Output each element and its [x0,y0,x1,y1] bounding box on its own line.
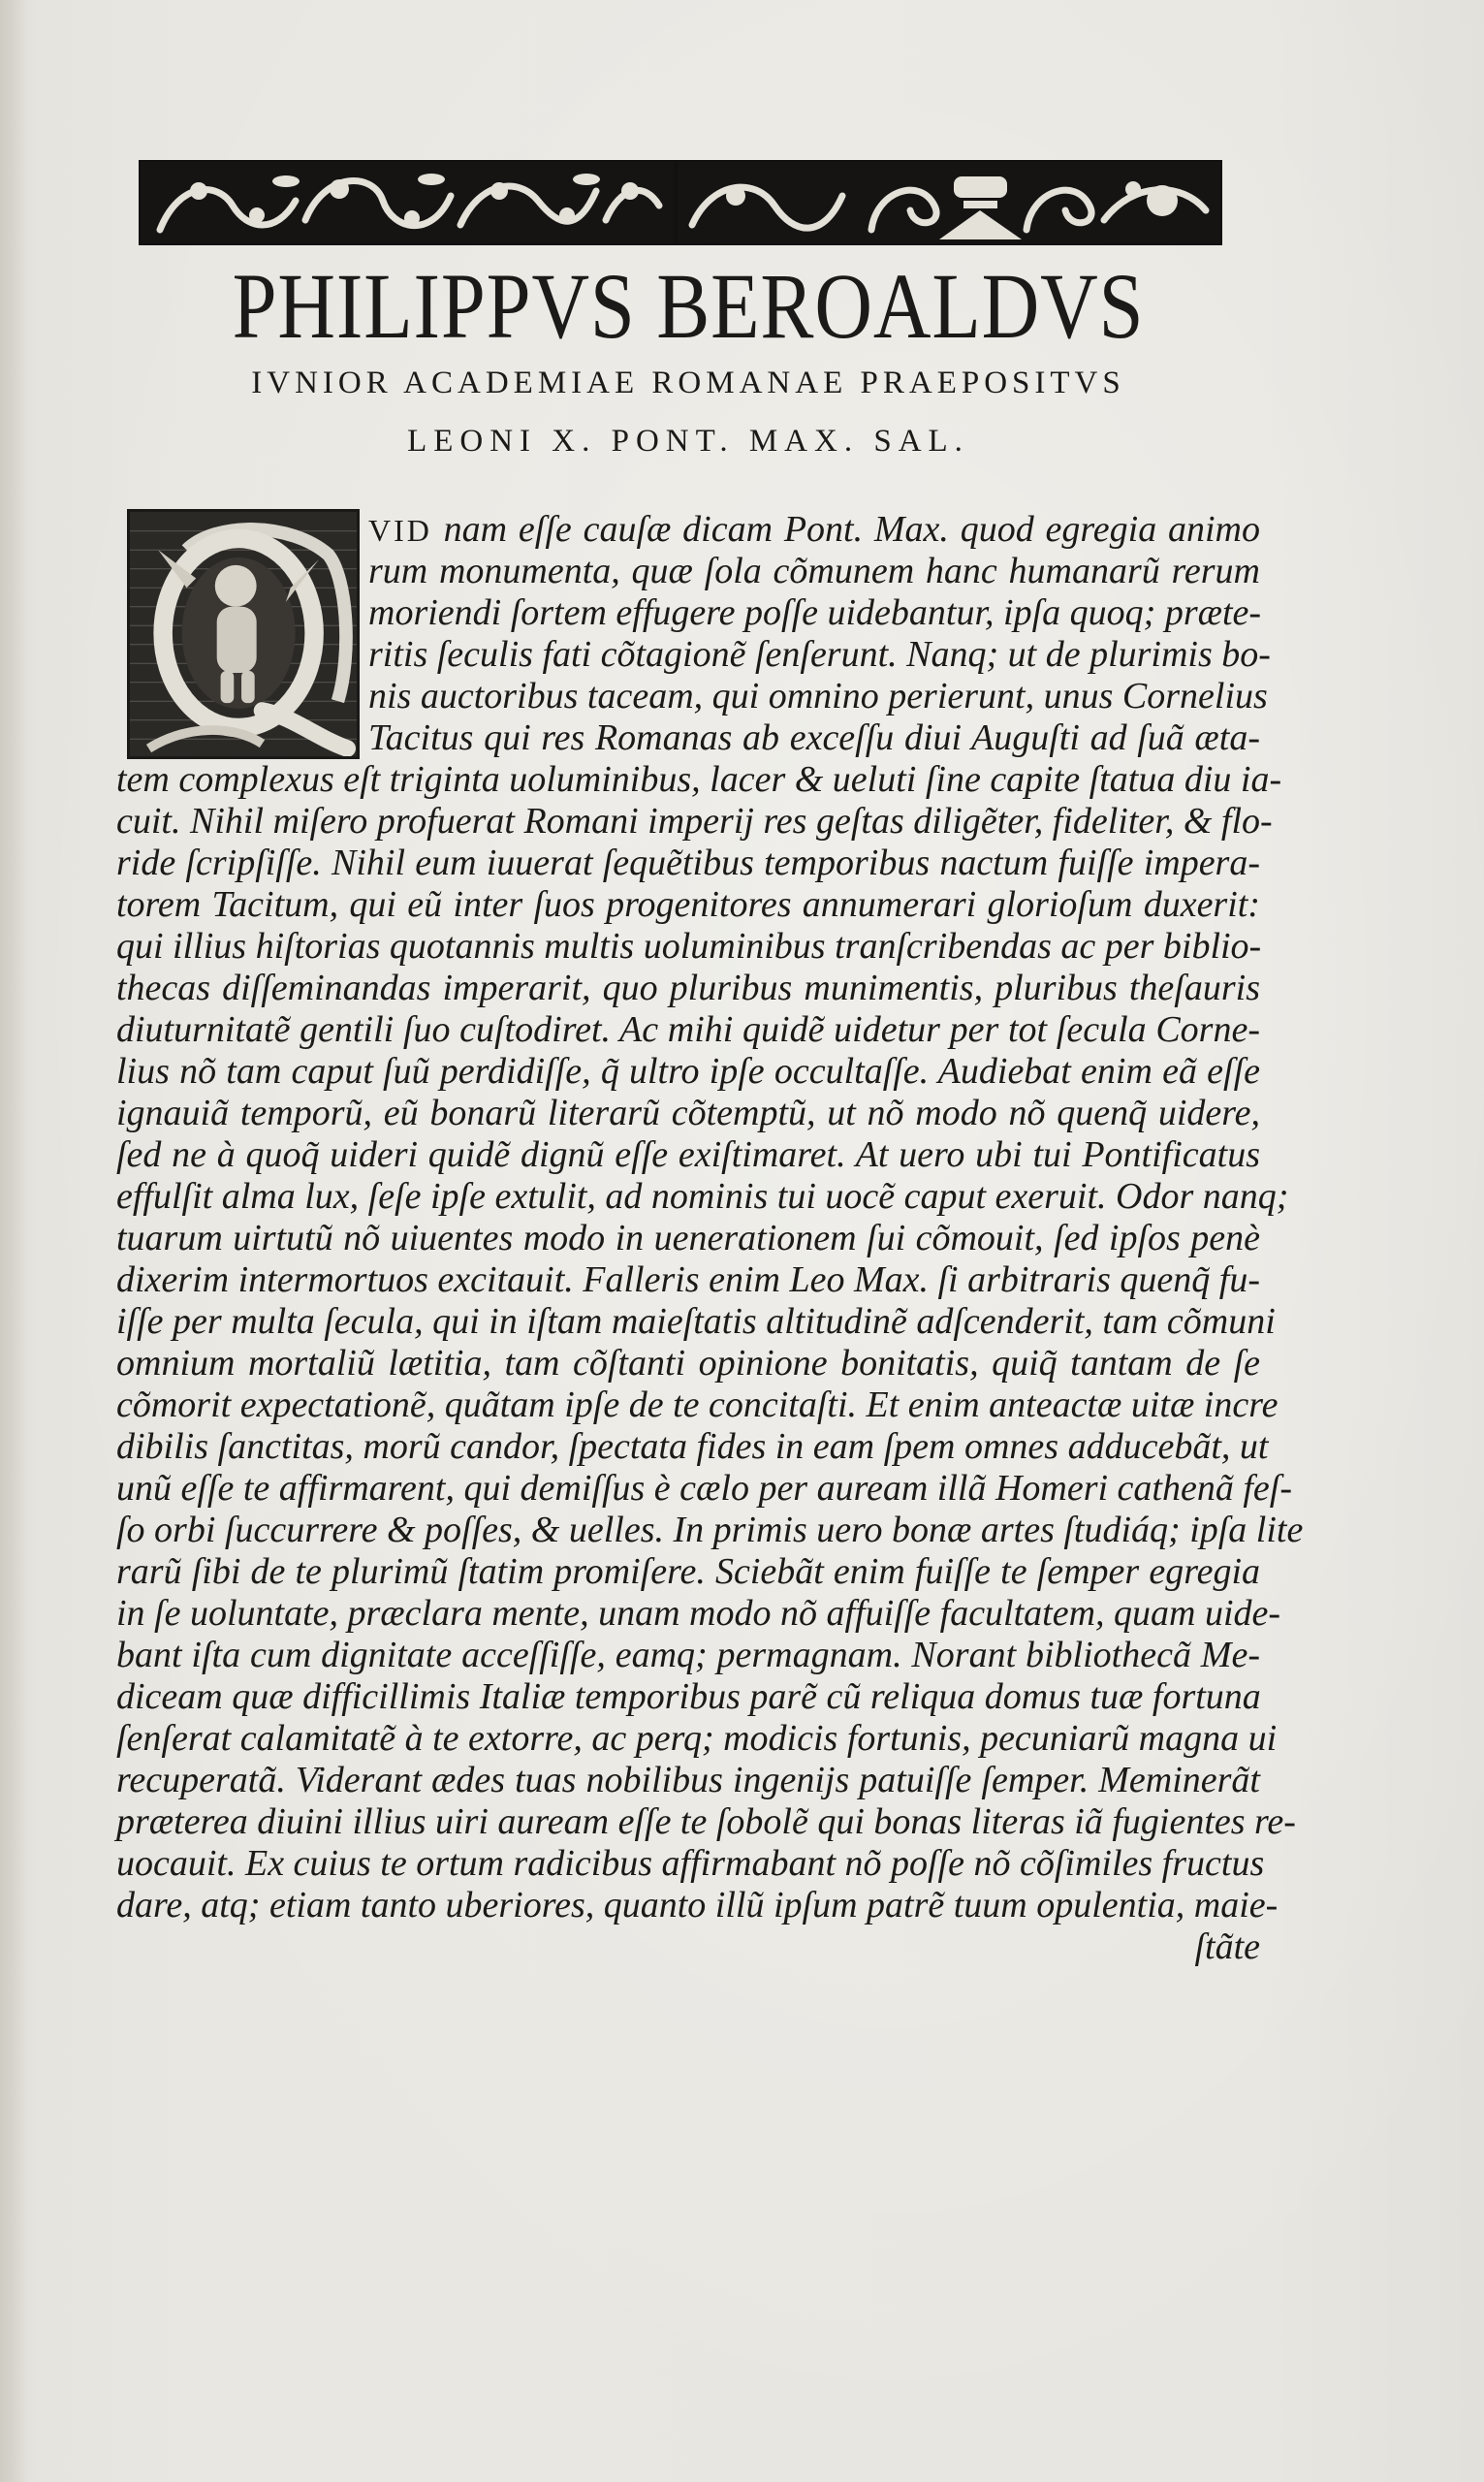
text-line: tuarum uirtutũ nõ uiuentes modo in uener… [116,1218,1260,1259]
initial-lead-word: VID [368,513,432,548]
text-line: uocauit. Ex cuius te ortum radicibus aff… [116,1843,1260,1885]
subtitle-author-role: IVNIOR ACADEMIAE ROMANAE PRAEPOSITVS [126,364,1250,402]
text-line: nis auctoribus taceam, qui omnino perier… [368,676,1260,717]
text-line: recuperatã. Viderant ædes tuas nobilibus… [116,1760,1260,1801]
woodcut-ornament-right-icon [676,160,1222,245]
text-line: ritis ſeculis fati cõtagionẽ ſenſerunt. … [368,634,1260,676]
text-line: ſed ne à quoq̃ uideri quidẽ dignũ eſſe e… [116,1134,1260,1176]
text-line: qui illius hiſtorias quotannis multis uo… [116,926,1260,968]
text-line: ſo orbi ſuccurrere & poſſes, & uelles. I… [116,1510,1260,1551]
text-line: ſenſerat calamitatẽ à te extorre, ac per… [116,1718,1260,1760]
text-line: rum monumenta, quæ ſola cõmunem hanc hum… [368,551,1260,592]
text-line: ride ſcripſiſſe. Nihil eum iuuerat ſequẽ… [116,843,1260,884]
text-line: præterea diuini illius uiri auream eſſe … [116,1801,1260,1843]
text-line: moriendi ſortem effugere poſſe uidebantu… [368,592,1260,634]
text-line: ignauiã temporũ, eũ bonarũ literarũ cõte… [116,1093,1260,1134]
text-line: Tacitus qui res Romanas ab exceſſu diui … [368,717,1260,759]
subtitle-dedication: LEONI X. PONT. MAX. SAL. [126,422,1250,461]
page-title: PHILIPPVS BEROALDVS [205,258,1172,355]
text-line: rarũ ſibi de te plurimũ ſtatim promiſere… [116,1551,1260,1593]
catchword: ſtãte [1163,1926,1260,1968]
woodcut-ornament-left-icon [139,160,676,245]
text-line: omnium mortaliũ lætitia, tam cõſtanti op… [116,1343,1260,1384]
text-line: torem Tacitum, qui eũ inter ſuos progeni… [116,884,1260,926]
text-line: thecas diſſeminandas imperarit, quo plur… [116,968,1260,1009]
text-line: bant iſta cum dignitate acceſſiſſe, eamq… [116,1635,1260,1676]
text-line: unũ eſſe te affirmarent, qui demiſſus è … [116,1468,1260,1510]
text-line: cuit. Nihil miſero profuerat Romani impe… [116,801,1260,843]
book-page: PHILIPPVS BEROALDVS IVNIOR ACADEMIAE ROM… [0,0,1484,2482]
text-line: diuturnitatẽ gentili ſuo cuſtodiret. Ac … [116,1009,1260,1051]
text-line: effulſit alma lux, ſeſe ipſe extulit, ad… [116,1176,1260,1218]
text-line: dixerim intermortuos excitauit. Falleris… [116,1259,1260,1301]
text-line: cõmorit expectationẽ, quãtam ipſe de te … [116,1384,1260,1426]
gutter-shadow [0,0,27,2482]
text-line: dibilis ſanctitas, morũ candor, ſpectata… [116,1426,1260,1468]
text-line: in ſe uoluntate, præclara mente, unam mo… [116,1593,1260,1635]
text-line: iſſe per multa ſecula, qui in iſtam maie… [116,1301,1260,1343]
text-line: diceam quæ difficillimis Italiæ temporib… [116,1676,1260,1718]
text-line: lius nõ tam caput ſuũ perdidiſſe, q̃ ult… [116,1051,1260,1093]
text-line: dare, atq; etiam tanto uberiores, quanto… [116,1885,1260,1926]
text-line: tem complexus eſt triginta uoluminibus, … [116,759,1260,801]
decorated-initial-q-icon [127,509,360,759]
text-line: VID nam eſſe cauſæ dicam Pont. Max. quod… [368,509,1260,551]
